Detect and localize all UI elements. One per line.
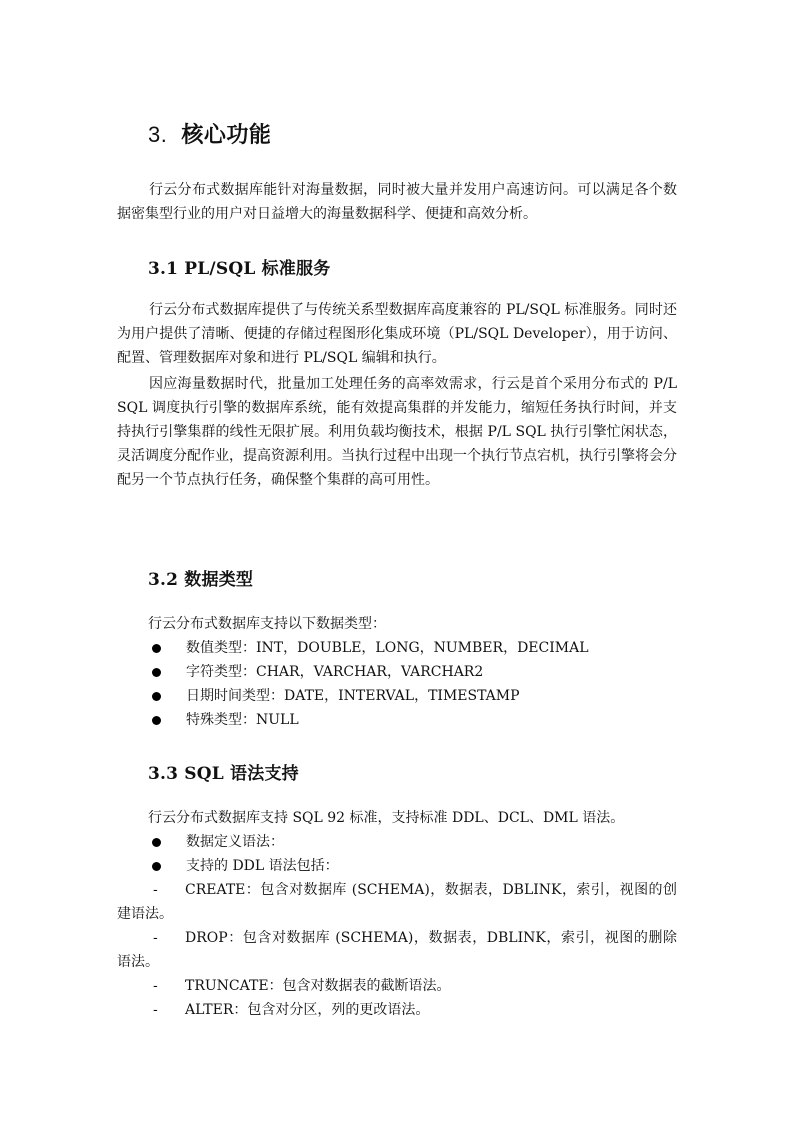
bullet-icon bbox=[152, 668, 161, 677]
dash-marker: - bbox=[117, 878, 185, 902]
heading-3-2: 3.2 数据类型 bbox=[148, 565, 253, 590]
list-item: 字符类型：CHAR，VARCHAR，VARCHAR2 bbox=[152, 660, 483, 684]
bullet-icon bbox=[152, 838, 161, 847]
dash-item: -TRUNCATE：包含对数据表的截断语法。 bbox=[117, 974, 677, 998]
list-item: 数值类型：INT，DOUBLE，LONG，NUMBER，DECIMAL bbox=[152, 636, 589, 660]
bullet-icon bbox=[152, 644, 161, 653]
list-item: 日期时间类型：DATE，INTERVAL，TIMESTAMP bbox=[152, 684, 520, 708]
heading-3-3: 3.3 SQL 语法支持 bbox=[148, 759, 299, 784]
dash-marker: - bbox=[117, 926, 185, 950]
dash-item: -CREATE：包含对数据库 (SCHEMA)，数据表，DBLINK，索引，视图… bbox=[117, 878, 677, 926]
document-page: 3.核心功能 行云分布式数据库能针对海量数据，同时被大量并发用户高速访问。可以满… bbox=[0, 0, 793, 1122]
section-heading: 3.核心功能 bbox=[148, 118, 271, 149]
dash-item: -DROP：包含对数据库 (SCHEMA)，数据表，DBLINK，索引，视图的删… bbox=[117, 926, 677, 974]
sql-intro: 行云分布式数据库支持 SQL 92 标准，支持标准 DDL、DCL、DML 语法… bbox=[148, 806, 624, 830]
list-item: 支持的 DDL 语法包括： bbox=[152, 854, 339, 878]
section-number: 3. bbox=[148, 122, 167, 147]
list-item: 特殊类型：NULL bbox=[152, 708, 299, 732]
dash-marker: - bbox=[117, 998, 185, 1022]
bullet-icon bbox=[152, 862, 161, 871]
heading-3-1: 3.1 PL/SQL 标准服务 bbox=[148, 254, 330, 279]
dash-marker: - bbox=[117, 974, 185, 998]
list-item: 数据定义语法： bbox=[152, 830, 284, 854]
section-intro: 行云分布式数据库能针对海量数据，同时被大量并发用户高速访问。可以满足各个数据密集… bbox=[117, 178, 677, 226]
datatypes-intro: 行云分布式数据库支持以下数据类型： bbox=[148, 612, 386, 636]
bullet-icon bbox=[152, 716, 161, 725]
paragraph-3-1-b: 因应海量数据时代，批量加工处理任务的高率效需求，行云是首个采用分布式的 P/L … bbox=[117, 372, 677, 492]
section-title: 核心功能 bbox=[181, 122, 271, 148]
bullet-icon bbox=[152, 692, 161, 701]
paragraph-3-1-a: 行云分布式数据库提供了与传统关系型数据库高度兼容的 PL/SQL 标准服务。同时… bbox=[117, 298, 677, 370]
dash-item: -ALTER：包含对分区，列的更改语法。 bbox=[117, 998, 677, 1022]
